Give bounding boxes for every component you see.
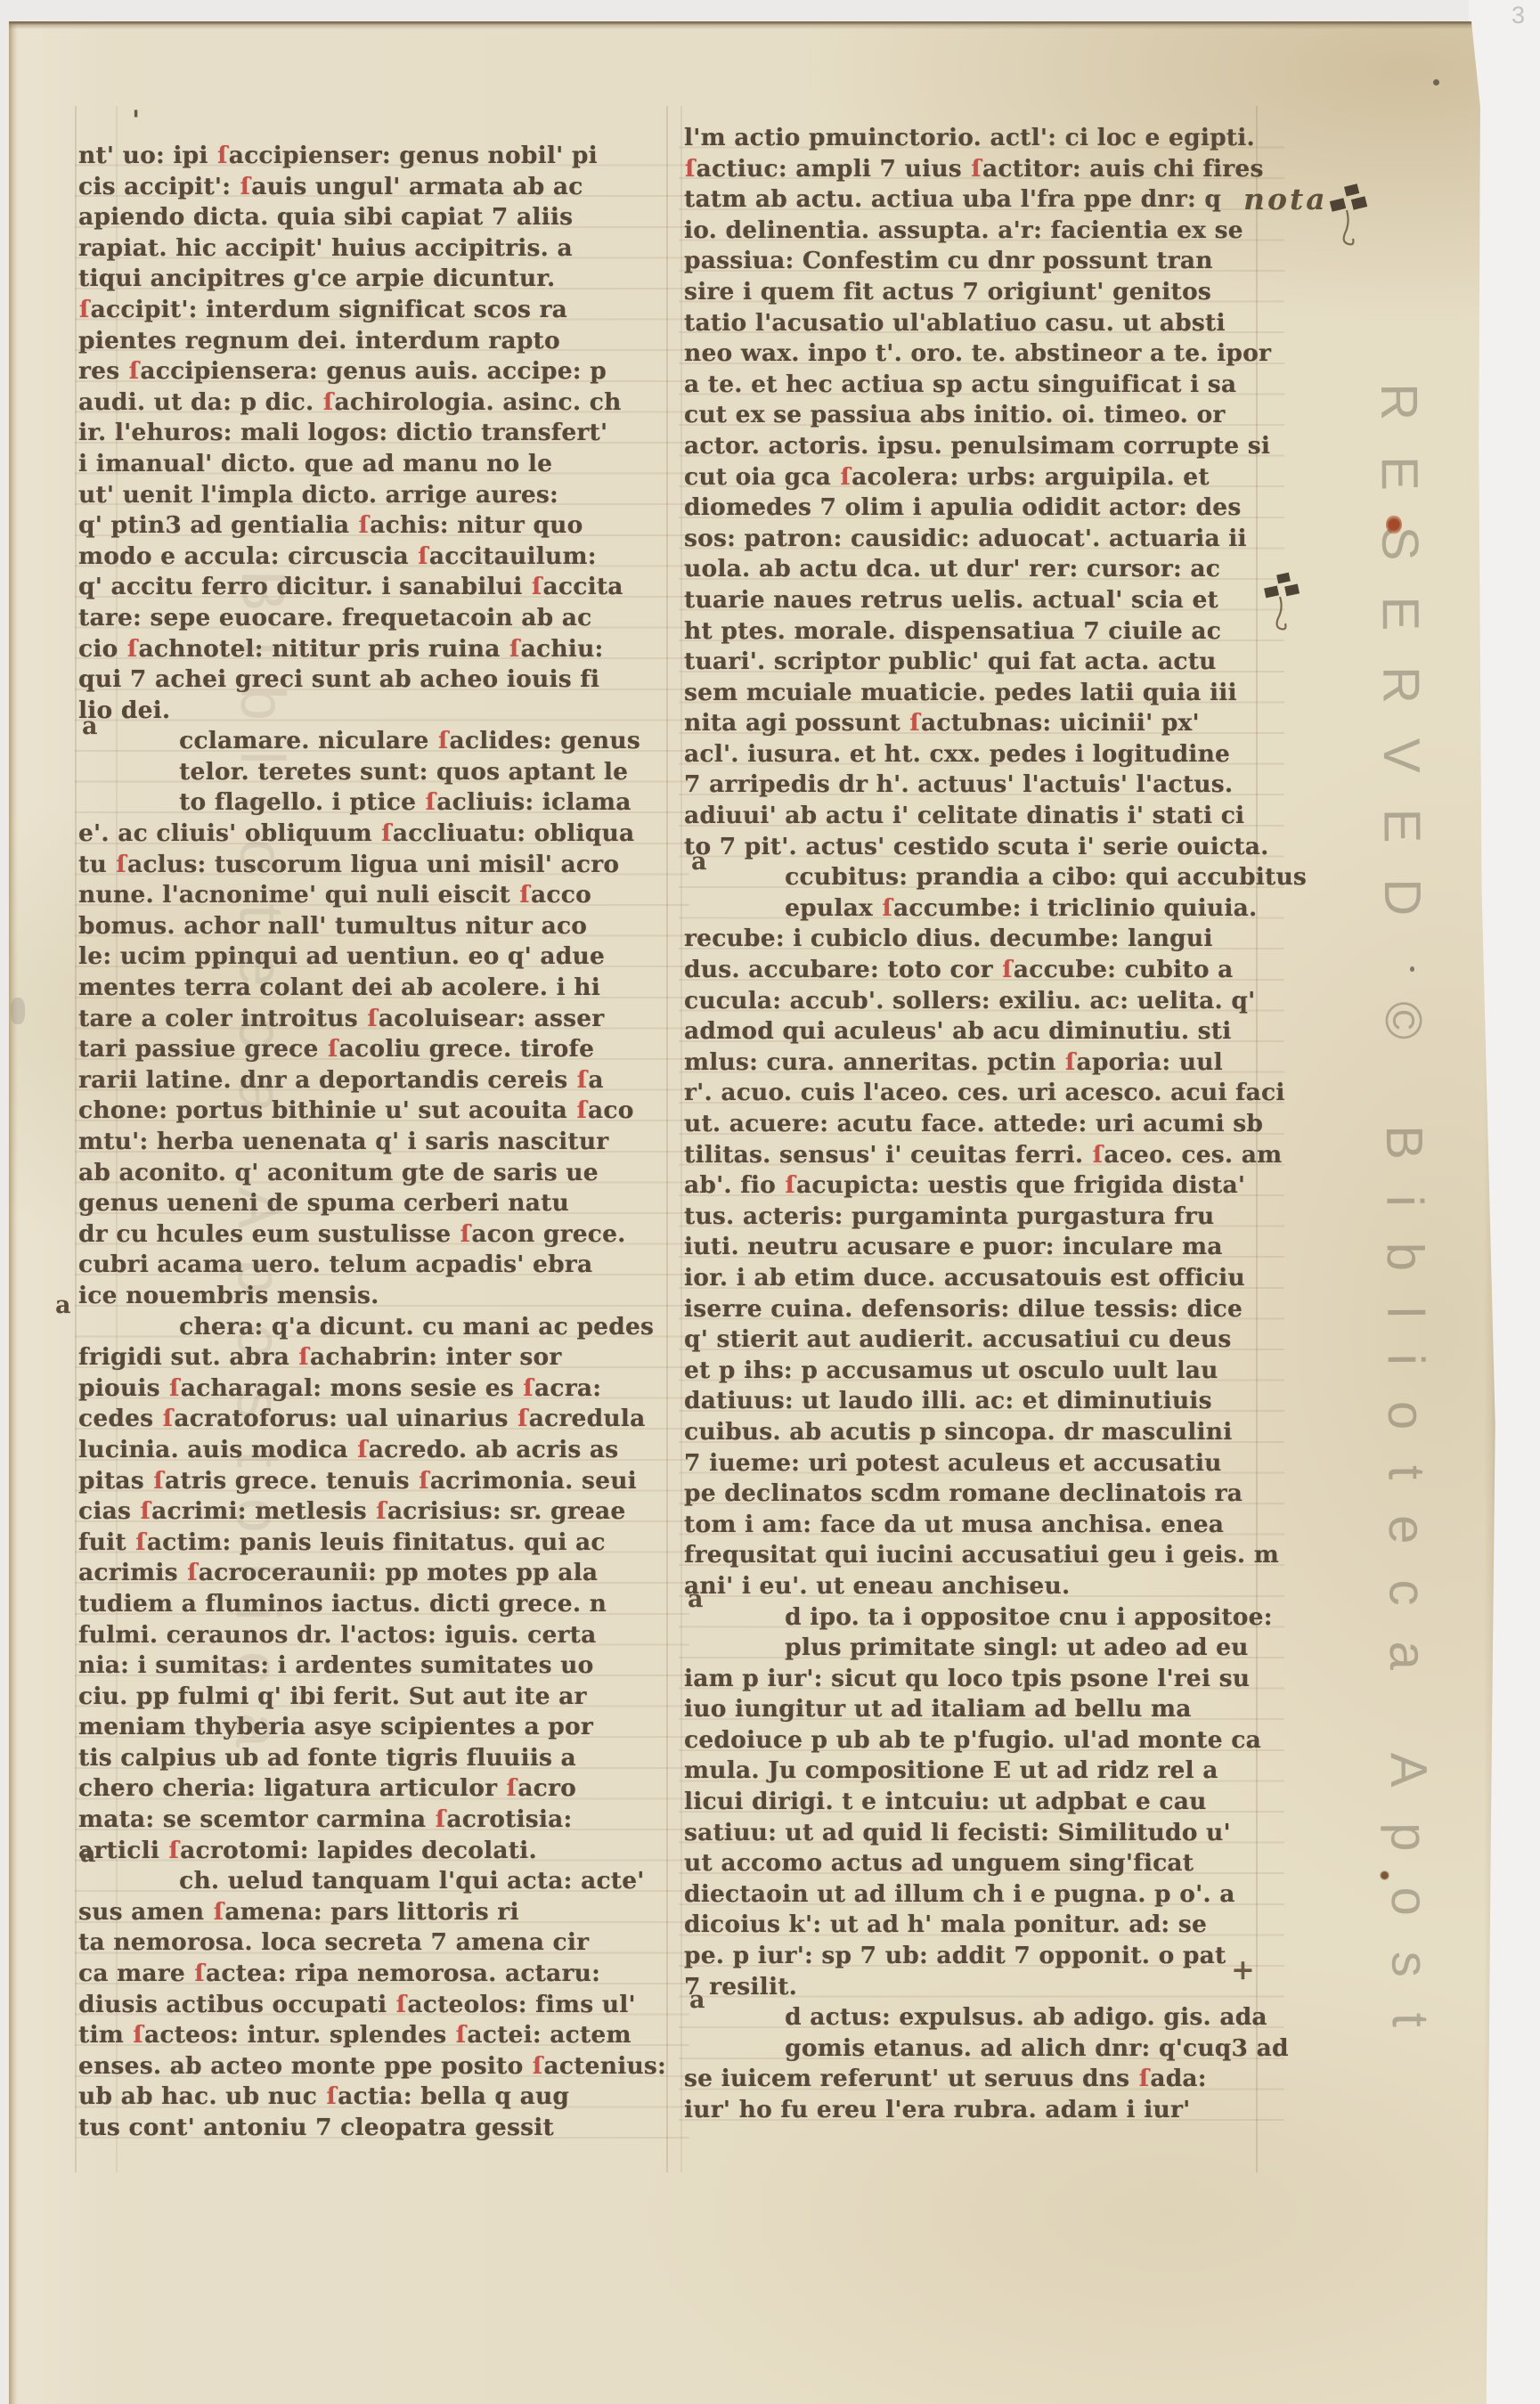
rubric-mark: ſ [784,1171,796,1199]
manuscript-line: cio ſachnotel: nititur pris ruina ſachiu… [78,634,677,665]
manuscript-line: sus amen ſamena: pars littoris ri [78,1897,677,1928]
manuscript-line: q' accitu ferro dicitur. i sanabilui ſac… [78,572,677,603]
rubric-mark: ſ [532,2052,544,2080]
rubric-mark: ſ [213,1898,225,1926]
manuscript-line: gomis etanus. ad alich dnr: q'cuq3 ad [684,2033,1268,2065]
manuscript-line: cedes ſacratoforus: ual uinarius ſacredu… [78,1404,677,1435]
manuscript-line: chera: q'a dicunt. cu mani ac pedes [78,1312,677,1343]
rubric-mark: ſ [435,1805,447,1833]
manuscript-line: tom i am: face da ut musa anchisa. enea [684,1510,1268,1541]
manuscript-line: frequsitat qui iucini accusatiui geu i g… [684,1540,1268,1571]
manuscript-line: sire i quem fit actus 7 origiunt' genito… [684,277,1268,308]
manuscript-line: qui 7 achei greci sunt ab acheo iouis fi [78,664,677,696]
rubric-mark: ſ [531,573,543,600]
manuscript-line: ta nemorosa. loca secreta 7 amena cir [78,1927,677,1959]
rubric-mark: ſ [132,2021,144,2049]
rubric-mark: ſ [322,388,335,416]
manuscript-line: iuti. neutru acusare e puor: inculare ma [684,1232,1268,1263]
manuscript-line: adiuui' ab actu i' celitate dinatis i' s… [684,801,1268,832]
manuscript-line: uola. ab actu dca. ut dur' rer: cursor: … [684,554,1268,585]
manuscript-line: rarii latine. dnr a deportandis cereis ſ… [78,1065,677,1096]
manuscript-line: cuibus. ab acutis p sincopa. dr masculin… [684,1417,1268,1448]
nota-note: nota [1243,182,1328,216]
manuscript-line: telor. teretes sunt: quos aptant le [78,757,677,788]
manuscript-line: 7 arripedis dr h'. actuus' l'actuis' l'a… [684,770,1268,801]
rubric-mark: ſ [970,155,982,183]
manuscript-line: se iuicem referunt' ut seruus dns ſada: [684,2064,1268,2095]
rubric-mark: ſ [326,2082,338,2110]
manuscript-line: iam p iur': sicut qu loco tpis psone l'r… [684,1664,1268,1695]
manuscript-line: acrimis ſacroceraunii: pp motes pp ala [78,1558,677,1589]
manuscript-line: tare a coler introitus ſacoluisear: asse… [78,1004,677,1035]
rubric-mark: ſ [140,1497,152,1525]
manuscript-line: neo wax. inpo t'. oro. te. abstineor a t… [684,338,1268,370]
rubric-mark: ſ [78,296,91,323]
manuscript-line: r'. acuo. cuis l'aceo. ces. uri acesco. … [684,1078,1268,1109]
manuscript-line: to flagello. i ptice ſacliuis: iclama [78,787,677,819]
rubric-mark: ſ [128,357,141,385]
manuscript-line: cias ſacrimi: metlesis ſacrisius: sr. gr… [78,1496,677,1528]
rubric-mark: ſ [684,155,697,183]
rubric-mark: ſ [126,635,139,663]
rubric-mark: ſ [115,851,127,878]
margin-letter-a: a [82,713,98,740]
manuscript-line: q' ptin3 ad gentialia ſachis: nitur quo [78,510,677,542]
manuscript-line: 7 iueme: uri potest aculeus et accusatiu [684,1448,1268,1479]
rubric-mark: ſ [327,1035,339,1063]
manuscript-scan: { "page": { "folio_number": "3", "nota_l… [0,0,1540,2404]
margin-letter-a: a [688,1585,704,1613]
manuscript-line: admod qui aculeus' ab acu diminutiu. sti [684,1016,1268,1047]
rubric-mark: ſ [417,542,429,570]
manuscript-line: dus. accubare: toto cor ſaccube: cubito … [684,955,1268,986]
rubric-mark: ſ [839,463,851,491]
manuscript-line: ſaccipit': interdum significat scos ra [78,295,677,326]
manuscript-line: ab'. fio ſacupicta: uestis que frigida d… [684,1170,1268,1202]
manuscript-line: d actus: expulsus. ab adigo. gis. ada [684,2002,1268,2033]
manuscript-line: cclamare. niculare ſaclides: genus [78,726,677,757]
folio-number: 3 [1511,2,1525,29]
manuscript-line: pitas ſatris grece. tenuis ſacrimonia. s… [78,1466,677,1497]
rubric-mark: ſ [460,1220,472,1248]
manuscript-line: tilitas. sensus' i' ceuitas ferri. ſaceo… [684,1140,1268,1171]
manuscript-line: i imanual' dicto. que ad manu no le [78,449,677,480]
manuscript-line: passiua: Confestim cu dnr possunt tran [684,246,1268,277]
rubric-mark: ſ [216,142,229,169]
manuscript-line: ht ptes. morale. dispensatiua 7 ciuile a… [684,616,1268,648]
manuscript-line: ca mare ſactea: ripa nemorosa. actaru: [78,1959,677,1990]
manuscript-line: tatm ab actu. actiua uba l'fra ppe dnr: … [684,184,1268,216]
manuscript-line: articli ſacrotomi: lapides decolati. [78,1836,677,1867]
rubric-mark: ſ [366,1005,379,1032]
manuscript-line: iur' ho fu ereu l'era rubra. adam i iur' [684,2095,1268,2126]
rubric-mark: ſ [509,635,521,663]
margin-letter-a: a [689,1986,705,2014]
rubric-mark: ſ [162,1405,175,1432]
rubric-mark: ſ [297,1343,310,1371]
manuscript-line: a te. et hec actiua sp actu singuificat … [684,370,1268,401]
manuscript-line: tim ſacteos: intur. splendes ſactei: act… [78,2020,677,2051]
manuscript-line: actor. actoris. ipsu. penulsimam corrupt… [684,431,1268,462]
manuscript-line: cut ex se passiua abs initio. oi. timeo.… [684,400,1268,431]
manuscript-line: iuo iungitur ut ad italiam ad bellu ma [684,1694,1268,1725]
rubric-mark: ſ [356,1436,369,1463]
rubric-mark: ſ [186,1559,199,1586]
rubric-mark: ſ [909,709,921,737]
manuscript-line: ch. uelud tanquam l'qui acta: acte' [78,1866,677,1897]
manuscript-line: tu ſaclus: tuscorum ligua uni misil' acr… [78,850,677,881]
manuscript-line: lio dei. [78,696,677,727]
manuscript-line: mtu': herba uenenata q' i saris nascitur [78,1127,677,1158]
manuscript-line: ſactiuc: ampli 7 uius ſactitor: auis chi… [684,154,1268,185]
manuscript-line: pientes regnum dei. interdum rapto [78,326,677,357]
rubric-mark: ſ [380,819,393,847]
manuscript-line: chone: portus bithinie u' sut acouita ſa… [78,1096,677,1127]
manuscript-line: sos: patron: causidic: aduocat'. actuari… [684,524,1268,555]
manuscript-line: iserre cuina. defensoris: dilue tessis: … [684,1294,1268,1325]
manuscript-line: ccubitus: prandia a cibo: qui accubitus [684,862,1268,893]
nota-symbol-icon [1263,572,1304,645]
manuscript-line: res ſaccipiensera: genus auis. accipe: p [78,356,677,387]
speck [1433,79,1439,86]
manuscript-line: mata: se scemtor carmina ſacrotisia: [78,1805,677,1836]
manuscript-line: ior. i ab etim duce. accusatouis est off… [684,1263,1268,1294]
rubric-mark: ſ [576,1066,589,1094]
rubric-mark: ſ [395,1991,408,2018]
manuscript-line: epulax ſaccumbe: i triclinio quiuia. [684,893,1268,925]
manuscript-line: q' stierit aut audierit. accusatiui cu d… [684,1324,1268,1356]
manuscript-line: licui dirigi. t e intcuiu: ut adpbat e c… [684,1787,1268,1818]
manuscript-line: acl'. iusura. et ht. cxx. pedes i logitu… [684,739,1268,770]
manuscript-line: fuit ſactim: panis leuis finitatus. qui … [78,1528,677,1559]
manuscript-line: tuarie naues retrus uelis. actual' scia … [684,585,1268,616]
manuscript-line: mula. Ju compositione E ut ad ridz rel a [684,1756,1268,1787]
manuscript-line: bomus. achor nall' tumultus nitur aco [78,911,677,942]
manuscript-line: ice nouembris mensis. [78,1281,677,1312]
manuscript-line: nt' uo: ipi ſaccipienser: genus nobil' p… [78,141,677,172]
manuscript-line: fulmi. ceraunos dr. l'actos: iguis. cert… [78,1620,677,1651]
manuscript-line: tuari'. scriptor public' qui fat acta. a… [684,647,1268,678]
rubric-mark: ſ [152,1467,165,1495]
manuscript-line: ub ab hac. ub nuc ſactia: bella q aug [78,2082,677,2113]
rubric-mark: ſ [1001,956,1014,983]
manuscript-line: enses. ab acteo monte ppe posito ſacteni… [78,2051,677,2082]
manuscript-line: tatio l'acusatio ul'ablatiuo casu. ut ab… [684,308,1268,339]
rubric-mark: ſ [506,1774,518,1802]
manuscript-line: ab aconito. q' aconitum gte de saris ue [78,1158,677,1189]
manuscript-line: cucula: accub'. sollers: exiliu. ac: uel… [684,986,1268,1017]
manuscript-line: diomedes 7 olim i apulia odidit actor: d… [684,493,1268,524]
margin-letter-a: a [691,848,707,876]
rubric-mark: ſ [168,1374,181,1402]
rubric-mark: ſ [455,2021,468,2049]
text-column-left: nt' uo: ipi ſaccipienser: genus nobil' p… [78,141,677,2144]
speck [11,998,25,1024]
manuscript-line: ut. acuere: acutu face. attede: uri acum… [684,1109,1268,1140]
manuscript-line: apiendo dicta. quia sibi capiat 7 aliis [78,202,677,233]
manuscript-line: frigidi sut. abra ſachabrin: inter sor [78,1342,677,1373]
manuscript-line: diectaoin ut ad illum ch i e pugna. p o'… [684,1879,1268,1911]
manuscript-line: modo e accula: circuscia ſaccitauilum: [78,542,677,573]
vertical-ruling [75,106,77,2172]
rubric-mark: ſ [517,1405,529,1432]
manuscript-line: pe. p iur': sp 7 ub: addit 7 opponit. o … [684,1941,1268,1972]
rubric-mark: ſ [168,1837,181,1864]
manuscript-line: dr cu hcules eum sustulisse ſacon grece. [78,1219,677,1251]
manuscript-line: mentes terra colant dei ab acolere. i hi [78,973,677,1004]
manuscript-line: ciu. pp fulmi q' ibi ferit. Sut aut ite … [78,1682,677,1713]
rubric-mark: ſ [575,1096,588,1124]
text-column-right: l'm actio pmuinctorio. actl': ci loc e e… [684,123,1268,2126]
ink-stain [1386,515,1402,534]
rubric-mark: ſ [134,1528,147,1556]
manuscript-line: audi. ut da: p dic. ſachirologia. asinc.… [78,387,677,419]
manuscript-line: le: ucim ppinqui ad uentiun. eo q' adue [78,941,677,973]
manuscript-line: mlus: cura. anneritas. pctin ſaporia: uu… [684,1047,1268,1079]
cross-mark: + [1231,1952,1255,1986]
manuscript-line: nita agi possunt ſactubnas: uicinii' px' [684,708,1268,739]
manuscript-line: et p ihs: p accusamus ut osculo uult lau [684,1356,1268,1387]
manuscript-line: 7 resilit. [684,1972,1268,2003]
manuscript-line: cubri acama uero. telum acpadis' ebra [78,1250,677,1281]
manuscript-line: tare: sepe euocare. frequetacoin ab ac [78,603,677,634]
manuscript-line: piouis ſacharagal: mons sesie es ſacra: [78,1373,677,1405]
manuscript-line: e'. ac cliuis' obliquum ſaccliuatu: obli… [78,819,677,850]
manuscript-line: meniam thyberia asye scipientes a por [78,1712,677,1743]
speck [1410,966,1414,972]
ink-stain [1380,1870,1389,1880]
manuscript-line: tis calpius ub ad fonte tigris fluuiis a [78,1743,677,1774]
manuscript-line: tus. acteris: purgaminta purgastura fru [684,1202,1268,1233]
rubric-mark: ſ [418,1467,430,1495]
manuscript-line: tari passiue grece ſacoliu grece. tirofe [78,1034,677,1065]
rubric-mark: ſ [522,1374,534,1402]
rubric-mark: ſ [1138,2065,1151,2092]
manuscript-line: io. delinentia. assupta. a'r: facientia … [684,216,1268,247]
vertical-ruling [680,106,682,2172]
manuscript-line: plus primitate singl: ut adeo ad eu [684,1633,1268,1664]
manuscript-line: ir. l'ehuros: mali logos: dictio transfe… [78,418,677,449]
parchment-page: nt' uo: ipi ſaccipienser: genus nobil' p… [9,21,1498,2404]
manuscript-line: to 7 pit'. actus' cestido scuta i' serie… [684,832,1268,863]
manuscript-line: lucinia. auis modica ſacredo. ab acris a… [78,1435,677,1466]
manuscript-line: recube: i cubiclo dius. decumbe: langui [684,924,1268,955]
manuscript-line: d ipo. ta i oppositoe cnu i appositoe: [684,1602,1268,1634]
manuscript-line: rapiat. hic accipit' huius accipitris. a [78,233,677,265]
manuscript-line: cis accipit': ſauis ungul' armata ab ac [78,172,677,203]
margin-letter-a: a [80,1840,96,1868]
manuscript-line: diusis actibus occupati ſacteolos: fims … [78,1990,677,2021]
rubric-mark: ſ [1092,1141,1104,1169]
manuscript-line: datiuus: ut laudo illi. ac: et diminutiu… [684,1386,1268,1417]
manuscript-line: chero cheria: ligatura articulor ſacro [78,1773,677,1805]
manuscript-line: ut' uenit l'impla dicto. arrige aures: [78,480,677,511]
rubric-mark: ſ [375,1497,387,1525]
rubric-mark: ſ [358,511,371,539]
manuscript-line: ut accomo actus ad unguem sing'ficat [684,1848,1268,1879]
pen-tick: ' [132,105,140,136]
nota-symbol-icon [1329,183,1373,260]
manuscript-line: tus cont' antoniu 7 cleopatra gessit [78,2113,677,2144]
manuscript-line: dicoius k': ut ad h' mala ponitur. ad: s… [684,1910,1268,1941]
manuscript-line: cedoiuce p ub ab te p'fugio. ul'ad monte… [684,1725,1268,1756]
manuscript-line: tudiem a fluminos iactus. dicti grece. n [78,1589,677,1620]
margin-letter-a: a [55,1292,71,1319]
manuscript-line: l'm actio pmuinctorio. actl': ci loc e e… [684,123,1268,154]
rubric-mark: ſ [437,727,450,754]
manuscript-line: ani' i eu'. ut eneau anchiseu. [684,1571,1268,1602]
manuscript-line: nia: i sumitas: i ardentes sumitates uo [78,1650,677,1682]
manuscript-line: cut oia gca ſacolera: urbs: arguipila. e… [684,462,1268,493]
rubric-mark: ſ [881,894,893,922]
rubric-mark: ſ [193,1960,206,1987]
manuscript-line: satiuu: ut ad quid li fecisti: Similitud… [684,1818,1268,1849]
manuscript-line: genus ueneni de spuma cerberi natu [78,1188,677,1219]
manuscript-line: nune. l'acnonime' qui nuli eiscit ſacco [78,880,677,911]
rubric-mark: ſ [1064,1048,1077,1076]
manuscript-line: sem mcuiale muaticie. pedes latii quia i… [684,678,1268,709]
manuscript-line: pe declinatos scdm romane declinatois ra [684,1479,1268,1510]
rubric-mark: ſ [425,788,437,816]
rubric-mark: ſ [518,881,531,909]
rubric-mark: ſ [240,173,252,200]
manuscript-line: tiqui ancipitres g'ce arpie dicuntur. [78,264,677,295]
